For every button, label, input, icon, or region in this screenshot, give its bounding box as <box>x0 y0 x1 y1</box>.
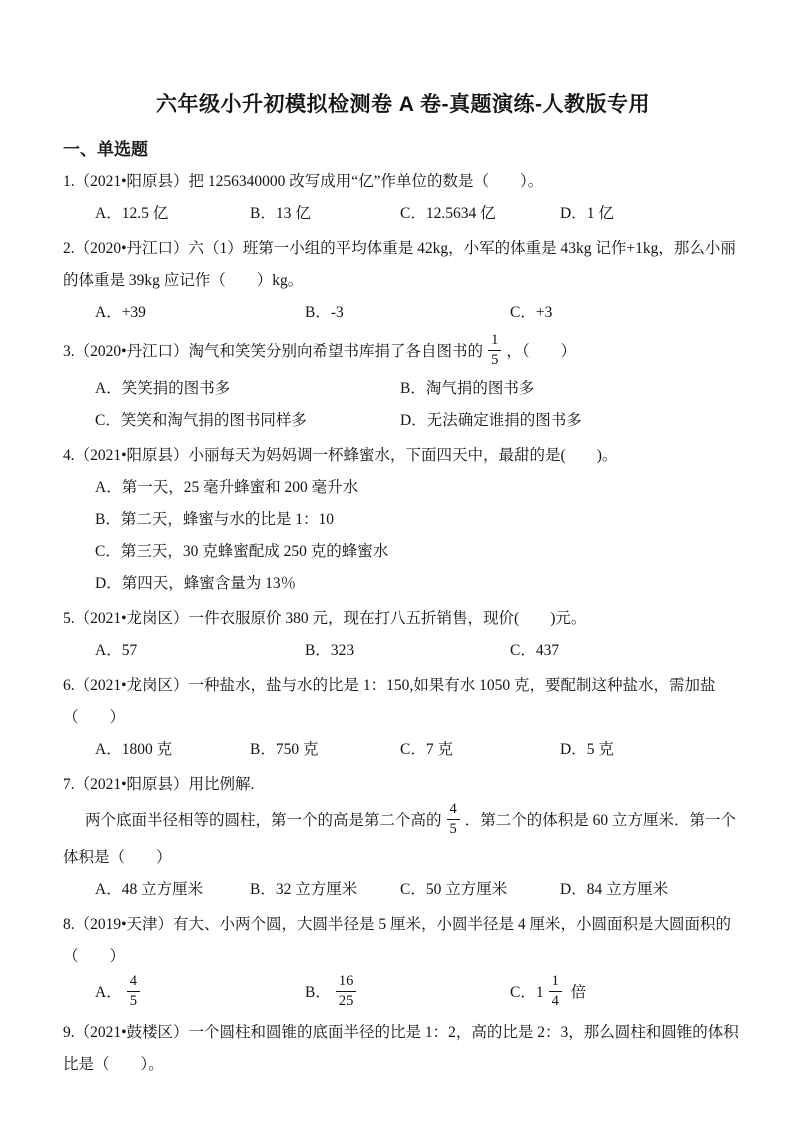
text-segment: 倍 <box>567 984 586 1001</box>
section-heading: 一、单选题 <box>63 137 743 163</box>
option: B．第二天，蜂蜜与水的比是 1：10 <box>95 504 743 536</box>
fraction-denominator: 4 <box>549 992 562 1010</box>
question: 2.（2020•丹江口）六（1）班第一小组的平均体重是 42kg，小军的体重是 … <box>63 233 743 329</box>
text-segment: C．437 <box>510 642 559 659</box>
question-stem-line: 体积是（ ） <box>63 842 743 874</box>
text-segment: 的体重是 39kg 应记作（ ）kg。 <box>63 272 303 289</box>
option-group: A．1800 克B．750 克C．7 克D．5 克 <box>95 734 743 766</box>
text-segment: D．5 克 <box>560 741 614 758</box>
fraction: 1625 <box>336 973 357 1010</box>
question: 8.（2019•天津）有大、小两个圆，大圆半径是 5 厘米，小圆半径是 4 厘米… <box>63 909 743 1014</box>
text-segment: 9.（2021•鼓楼区）一个圆柱和圆锥的底面半径的比是 1：2，高的比是 2：3… <box>63 1024 739 1041</box>
fraction-denominator: 25 <box>336 992 357 1010</box>
option: B．323 <box>305 635 510 667</box>
question: 4.（2021•阳原县）小丽每天为妈妈调一杯蜂蜜水，下面四天中，最甜的是( )。… <box>63 440 743 600</box>
option: B．-3 <box>305 297 510 329</box>
text-segment: C．笑笑和淘气捐的图书同样多 <box>95 412 307 429</box>
question-stem-line: 8.（2019•天津）有大、小两个圆，大圆半径是 5 厘米，小圆半径是 4 厘米… <box>63 909 743 941</box>
option: D．1 亿 <box>560 198 743 230</box>
questions: 1.（2021•阳原县）把 1256340000 改写成用“亿”作单位的数是（ … <box>63 166 743 1081</box>
text-segment: （ ） <box>63 948 125 965</box>
question: 9.（2021•鼓楼区）一个圆柱和圆锥的底面半径的比是 1：2，高的比是 2：3… <box>63 1017 743 1081</box>
option-group: A．57B．323C．437 <box>95 635 743 667</box>
text-segment: ，（ ） <box>506 343 576 360</box>
option-group: A．45B．1625C．114 倍 <box>95 973 743 1014</box>
option: B．淘气捐的图书多 <box>400 373 743 405</box>
text-segment: ．第二个的体积是 60 立方厘米．第一个 <box>465 812 736 829</box>
text-segment: C．7 克 <box>400 741 453 758</box>
option: B．1625 <box>305 973 510 1014</box>
text-segment: B．-3 <box>305 304 344 321</box>
question-stem-line: 3.（2020•丹江口）淘气和笑笑分别向希望书库捐了各自图书的15，（ ） <box>63 332 743 373</box>
question-stem-line: 5.（2021•龙岗区）一件衣服原价 380 元，现在打八五折销售，现价( )元… <box>63 603 743 635</box>
option: A．第一天，25 毫升蜂蜜和 200 毫升水 <box>95 472 743 504</box>
question-stem-line: 7.（2021•阳原县）用比例解. <box>63 769 743 801</box>
option: B．13 亿 <box>250 198 400 230</box>
question: 5.（2021•龙岗区）一件衣服原价 380 元，现在打八五折销售，现价( )元… <box>63 603 743 667</box>
option: A．48 立方厘米 <box>95 874 250 906</box>
text-segment: A．+39 <box>95 304 146 321</box>
fraction-numerator: 16 <box>336 973 357 992</box>
page-title: 六年级小升初模拟检测卷 A 卷-真题演练-人教版专用 <box>63 90 743 120</box>
option: D．5 克 <box>560 734 743 766</box>
question-stem-line: 的体重是 39kg 应记作（ ）kg。 <box>63 265 743 297</box>
text-segment: 5.（2021•龙岗区）一件衣服原价 380 元，现在打八五折销售，现价( )元… <box>63 610 586 627</box>
text-segment: A．12.5 亿 <box>95 205 168 222</box>
option: C．7 克 <box>400 734 560 766</box>
text-segment: C．+3 <box>510 304 552 321</box>
option: D．无法确定谁捐的图书多 <box>400 405 743 437</box>
question-stem-line: 6.（2021•龙岗区）一种盐水，盐与水的比是 1：150,如果有水 1050 … <box>63 670 743 702</box>
question-stem-line: 两个底面半径相等的圆柱，第一个的高是第二个高的45．第二个的体积是 60 立方厘… <box>63 801 743 842</box>
option-group: A．笑笑捐的图书多B．淘气捐的图书多C．笑笑和淘气捐的图书同样多D．无法确定谁捐… <box>95 373 743 437</box>
option: C．+3 <box>510 297 743 329</box>
option-group: A．12.5 亿B．13 亿C．12.5634 亿D．1 亿 <box>95 198 743 230</box>
text-segment: D．第四天，蜂蜜含量为 13％ <box>95 575 296 592</box>
option: B．750 克 <box>250 734 400 766</box>
fraction-numerator: 1 <box>488 332 501 351</box>
text-segment: 3.（2020•丹江口）淘气和笑笑分别向希望书库捐了各自图书的 <box>63 343 483 360</box>
question: 7.（2021•阳原县）用比例解.两个底面半径相等的圆柱，第一个的高是第二个高的… <box>63 769 743 906</box>
question: 1.（2021•阳原县）把 1256340000 改写成用“亿”作单位的数是（ … <box>63 166 743 230</box>
fraction-denominator: 5 <box>127 992 140 1010</box>
fraction-numerator: 1 <box>549 973 562 992</box>
text-segment: C．12.5634 亿 <box>400 205 496 222</box>
question-stem-line: 4.（2021•阳原县）小丽每天为妈妈调一杯蜂蜜水，下面四天中，最甜的是( )。 <box>63 440 743 472</box>
question-stem-line: 1.（2021•阳原县）把 1256340000 改写成用“亿”作单位的数是（ … <box>63 166 743 198</box>
fraction: 14 <box>549 973 562 1010</box>
text-segment: C．50 立方厘米 <box>400 881 507 898</box>
option-group: A．48 立方厘米B．32 立方厘米C．50 立方厘米D．84 立方厘米 <box>95 874 743 906</box>
text-segment: 6.（2021•龙岗区）一种盐水，盐与水的比是 1：150,如果有水 1050 … <box>63 677 716 694</box>
question-stem-line: 比是（ ）。 <box>63 1049 743 1081</box>
text-segment: A． <box>95 984 122 1001</box>
text-segment: B．750 克 <box>250 741 318 758</box>
text-segment: A．48 立方厘米 <box>95 881 203 898</box>
option: A．57 <box>95 635 305 667</box>
option: A．1800 克 <box>95 734 250 766</box>
question: 6.（2021•龙岗区）一种盐水，盐与水的比是 1：150,如果有水 1050 … <box>63 670 743 766</box>
text-segment: 2.（2020•丹江口）六（1）班第一小组的平均体重是 42kg，小军的体重是 … <box>63 240 736 257</box>
question-stem-line: 2.（2020•丹江口）六（1）班第一小组的平均体重是 42kg，小军的体重是 … <box>63 233 743 265</box>
fraction: 15 <box>488 332 501 369</box>
text-segment: 比是（ ）。 <box>63 1056 164 1073</box>
option: C．第三天，30 克蜂蜜配成 250 克的蜂蜜水 <box>95 536 743 568</box>
fraction-numerator: 4 <box>447 801 460 820</box>
option-group: A．+39B．-3C．+3 <box>95 297 743 329</box>
text-segment: D．84 立方厘米 <box>560 881 668 898</box>
text-segment: D．无法确定谁捐的图书多 <box>400 412 582 429</box>
text-segment: 体积是（ ） <box>63 849 172 866</box>
question-stem-line: （ ） <box>63 702 743 734</box>
question: 3.（2020•丹江口）淘气和笑笑分别向希望书库捐了各自图书的15，（ ）A．笑… <box>63 332 743 437</box>
option: A．12.5 亿 <box>95 198 250 230</box>
fraction-denominator: 5 <box>488 351 501 369</box>
text-segment: B．淘气捐的图书多 <box>400 380 534 397</box>
text-segment: B．13 亿 <box>250 205 311 222</box>
text-segment: 1.（2021•阳原县）把 1256340000 改写成用“亿”作单位的数是（ … <box>63 173 543 190</box>
option: A．45 <box>95 973 305 1014</box>
option: C．笑笑和淘气捐的图书同样多 <box>95 405 400 437</box>
option-group: A．第一天，25 毫升蜂蜜和 200 毫升水B．第二天，蜂蜜与水的比是 1：10… <box>95 472 743 600</box>
text-segment: A．57 <box>95 642 137 659</box>
text-segment: B．32 立方厘米 <box>250 881 357 898</box>
text-segment: 两个底面半径相等的圆柱，第一个的高是第二个高的 <box>85 812 442 829</box>
text-segment: B．323 <box>305 642 354 659</box>
text-segment: 8.（2019•天津）有大、小两个圆，大圆半径是 5 厘米，小圆半径是 4 厘米… <box>63 916 731 933</box>
fraction: 45 <box>447 801 460 838</box>
text-segment: 4.（2021•阳原县）小丽每天为妈妈调一杯蜂蜜水，下面四天中，最甜的是( )。 <box>63 447 617 464</box>
option: C．50 立方厘米 <box>400 874 560 906</box>
text-segment: 7.（2021•阳原县）用比例解. <box>63 776 254 793</box>
fraction-denominator: 5 <box>447 820 460 838</box>
option: A．笑笑捐的图书多 <box>95 373 400 405</box>
question-stem-line: （ ） <box>63 941 743 973</box>
option: A．+39 <box>95 297 305 329</box>
text-segment: C．第三天，30 克蜂蜜配成 250 克的蜂蜜水 <box>95 543 388 560</box>
text-segment: C．1 <box>510 984 544 1001</box>
option: D．84 立方厘米 <box>560 874 743 906</box>
text-segment: B．第二天，蜂蜜与水的比是 1：10 <box>95 511 334 528</box>
text-segment: （ ） <box>63 709 125 726</box>
option: C．12.5634 亿 <box>400 198 560 230</box>
text-segment: A．1800 克 <box>95 741 172 758</box>
text-segment: B． <box>305 984 331 1001</box>
text-segment: D．1 亿 <box>560 205 614 222</box>
question-stem-line: 9.（2021•鼓楼区）一个圆柱和圆锥的底面半径的比是 1：2，高的比是 2：3… <box>63 1017 743 1049</box>
fraction-numerator: 4 <box>127 973 140 992</box>
option: B．32 立方厘米 <box>250 874 400 906</box>
exam-page: 六年级小升初模拟检测卷 A 卷-真题演练-人教版专用 一、单选题 1.（2021… <box>0 0 793 1122</box>
fraction: 45 <box>127 973 140 1010</box>
text-segment: A．笑笑捐的图书多 <box>95 380 230 397</box>
option: C．114 倍 <box>510 973 743 1014</box>
option: C．437 <box>510 635 743 667</box>
text-segment: A．第一天，25 毫升蜂蜜和 200 毫升水 <box>95 479 358 496</box>
option: D．第四天，蜂蜜含量为 13％ <box>95 568 743 600</box>
